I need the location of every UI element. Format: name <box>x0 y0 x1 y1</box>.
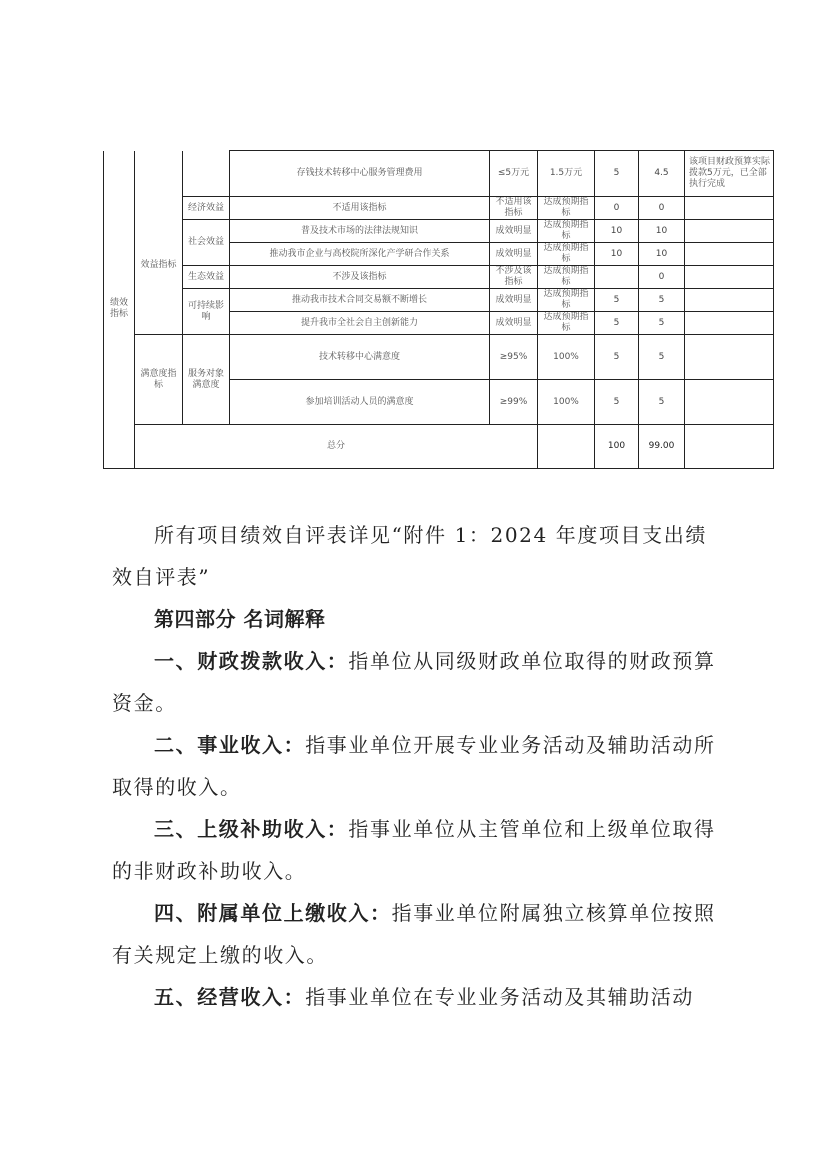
satisfaction-group-label: 满意度指标 <box>135 335 183 425</box>
score-cell: 10 <box>639 243 685 266</box>
term-paragraph: 一、财政拨款收入：指单位从同级财政单位取得的财政预算资金。 <box>112 640 718 724</box>
score-cell: 5 <box>639 312 685 335</box>
level3-label: 服务对象满意度 <box>183 335 230 425</box>
term-label: 四、附属单位上缴收入： <box>154 901 392 925</box>
term-label: 三、上级补助收入： <box>154 817 348 841</box>
indicator-cell: 不适用该指标 <box>230 197 490 220</box>
indicator-cell: 存钱技术转移中心服务管理费用 <box>230 151 490 197</box>
weight-cell: 10 <box>595 220 639 243</box>
term-definition: 指事业单位在专业业务活动及其辅助活动 <box>305 985 694 1009</box>
table-row: 社会效益 普及技术市场的法律法规知识 成效明显 达成预期指标 10 10 <box>104 220 774 243</box>
indicator-cell: 推动我市技术合同交易额不断增长 <box>230 289 490 312</box>
score-cell: 0 <box>639 197 685 220</box>
weight-cell: 5 <box>595 380 639 425</box>
actual-cell: 达成预期指标 <box>538 312 595 335</box>
body-text: 所有项目绩效自评表详见“附件 1：2024 年度项目支出绩效自评表” 第四部分 … <box>112 514 718 1018</box>
actual-cell: 达成预期指标 <box>538 197 595 220</box>
note-cell <box>685 289 774 312</box>
actual-cell: 100% <box>538 380 595 425</box>
total-label: 总分 <box>135 425 538 469</box>
total-row: 总分 100 99.00 <box>104 425 774 469</box>
note-cell <box>685 220 774 243</box>
score-cell: 10 <box>639 220 685 243</box>
level3-label: 生态效益 <box>183 266 230 289</box>
table-row: 可持续影响 推动我市技术合同交易额不断增长 成效明显 达成预期指标 5 5 <box>104 289 774 312</box>
target-cell: ≥95% <box>490 335 538 380</box>
indicator-cell: 提升我市全社会自主创新能力 <box>230 312 490 335</box>
indicator-cell: 技术转移中心满意度 <box>230 335 490 380</box>
indicator-cell: 推动我市企业与高校院所深化产学研合作关系 <box>230 243 490 266</box>
total-score: 99.00 <box>639 425 685 469</box>
actual-cell: 100% <box>538 335 595 380</box>
total-weight: 100 <box>595 425 639 469</box>
effect-group-label: 效益指标 <box>135 197 183 335</box>
term-label: 一、财政拨款收入： <box>154 649 348 673</box>
note-cell <box>685 380 774 425</box>
actual-cell: 1.5万元 <box>538 151 595 197</box>
note-cell <box>685 197 774 220</box>
term-paragraph: 四、附属单位上缴收入：指事业单位附属独立核算单位按照有关规定上缴的收入。 <box>112 892 718 976</box>
section-heading: 第四部分 名词解释 <box>112 598 718 640</box>
level3-label: 可持续影响 <box>183 289 230 335</box>
weight-cell <box>595 266 639 289</box>
target-cell: ≥99% <box>490 380 538 425</box>
indicator-cell: 参加培训活动人员的满意度 <box>230 380 490 425</box>
target-cell: 成效明显 <box>490 289 538 312</box>
level1-label: 绩效指标 <box>104 151 135 469</box>
term-paragraph: 五、经营收入：指事业单位在专业业务活动及其辅助活动 <box>112 976 718 1018</box>
actual-cell: 达成预期指标 <box>538 243 595 266</box>
target-cell: 成效明显 <box>490 220 538 243</box>
table-row: 生态效益 不涉及该指标 不涉及该指标 达成预期指标 0 <box>104 266 774 289</box>
weight-cell: 5 <box>595 312 639 335</box>
weight-cell: 10 <box>595 243 639 266</box>
actual-cell: 达成预期指标 <box>538 220 595 243</box>
note-cell <box>685 266 774 289</box>
actual-cell: 达成预期指标 <box>538 289 595 312</box>
actual-cell: 达成预期指标 <box>538 266 595 289</box>
term-paragraph: 三、上级补助收入：指事业单位从主管单位和上级单位取得的非财政补助收入。 <box>112 808 718 892</box>
table-row: 满意度指标 服务对象满意度 技术转移中心满意度 ≥95% 100% 5 5 <box>104 335 774 380</box>
note-cell <box>685 335 774 380</box>
weight-cell: 5 <box>595 335 639 380</box>
performance-table: 绩效指标 存钱技术转移中心服务管理费用 ≤5万元 1.5万元 5 4.5 该项目… <box>103 150 774 469</box>
score-cell: 4.5 <box>639 151 685 197</box>
level3-label: 社会效益 <box>183 220 230 266</box>
level3-label: 经济效益 <box>183 197 230 220</box>
score-cell: 0 <box>639 266 685 289</box>
term-paragraph: 二、事业收入：指事业单位开展专业业务活动及辅助活动所取得的收入。 <box>112 724 718 808</box>
indicator-cell: 不涉及该指标 <box>230 266 490 289</box>
indicator-cell: 普及技术市场的法律法规知识 <box>230 220 490 243</box>
weight-cell: 5 <box>595 151 639 197</box>
weight-cell: 0 <box>595 197 639 220</box>
table-row: 绩效指标 存钱技术转移中心服务管理费用 ≤5万元 1.5万元 5 4.5 该项目… <box>104 151 774 197</box>
note-cell: 该项目财政预算实际拨款5万元，已全部执行完成 <box>685 151 774 197</box>
paragraph-attachment-ref: 所有项目绩效自评表详见“附件 1：2024 年度项目支出绩效自评表” <box>112 514 718 598</box>
weight-cell: 5 <box>595 289 639 312</box>
term-label: 五、经营收入： <box>154 985 305 1009</box>
score-cell: 5 <box>639 289 685 312</box>
document-page: 绩效指标 存钱技术转移中心服务管理费用 ≤5万元 1.5万元 5 4.5 该项目… <box>0 0 826 1169</box>
target-cell: 成效明显 <box>490 312 538 335</box>
target-cell: 不涉及该指标 <box>490 266 538 289</box>
target-cell: 不适用该指标 <box>490 197 538 220</box>
target-cell: ≤5万元 <box>490 151 538 197</box>
target-cell: 成效明显 <box>490 243 538 266</box>
note-cell <box>685 312 774 335</box>
table-row: 效益指标 经济效益 不适用该指标 不适用该指标 达成预期指标 0 0 <box>104 197 774 220</box>
note-cell <box>685 243 774 266</box>
score-cell: 5 <box>639 335 685 380</box>
term-label: 二、事业收入： <box>154 733 305 757</box>
score-cell: 5 <box>639 380 685 425</box>
